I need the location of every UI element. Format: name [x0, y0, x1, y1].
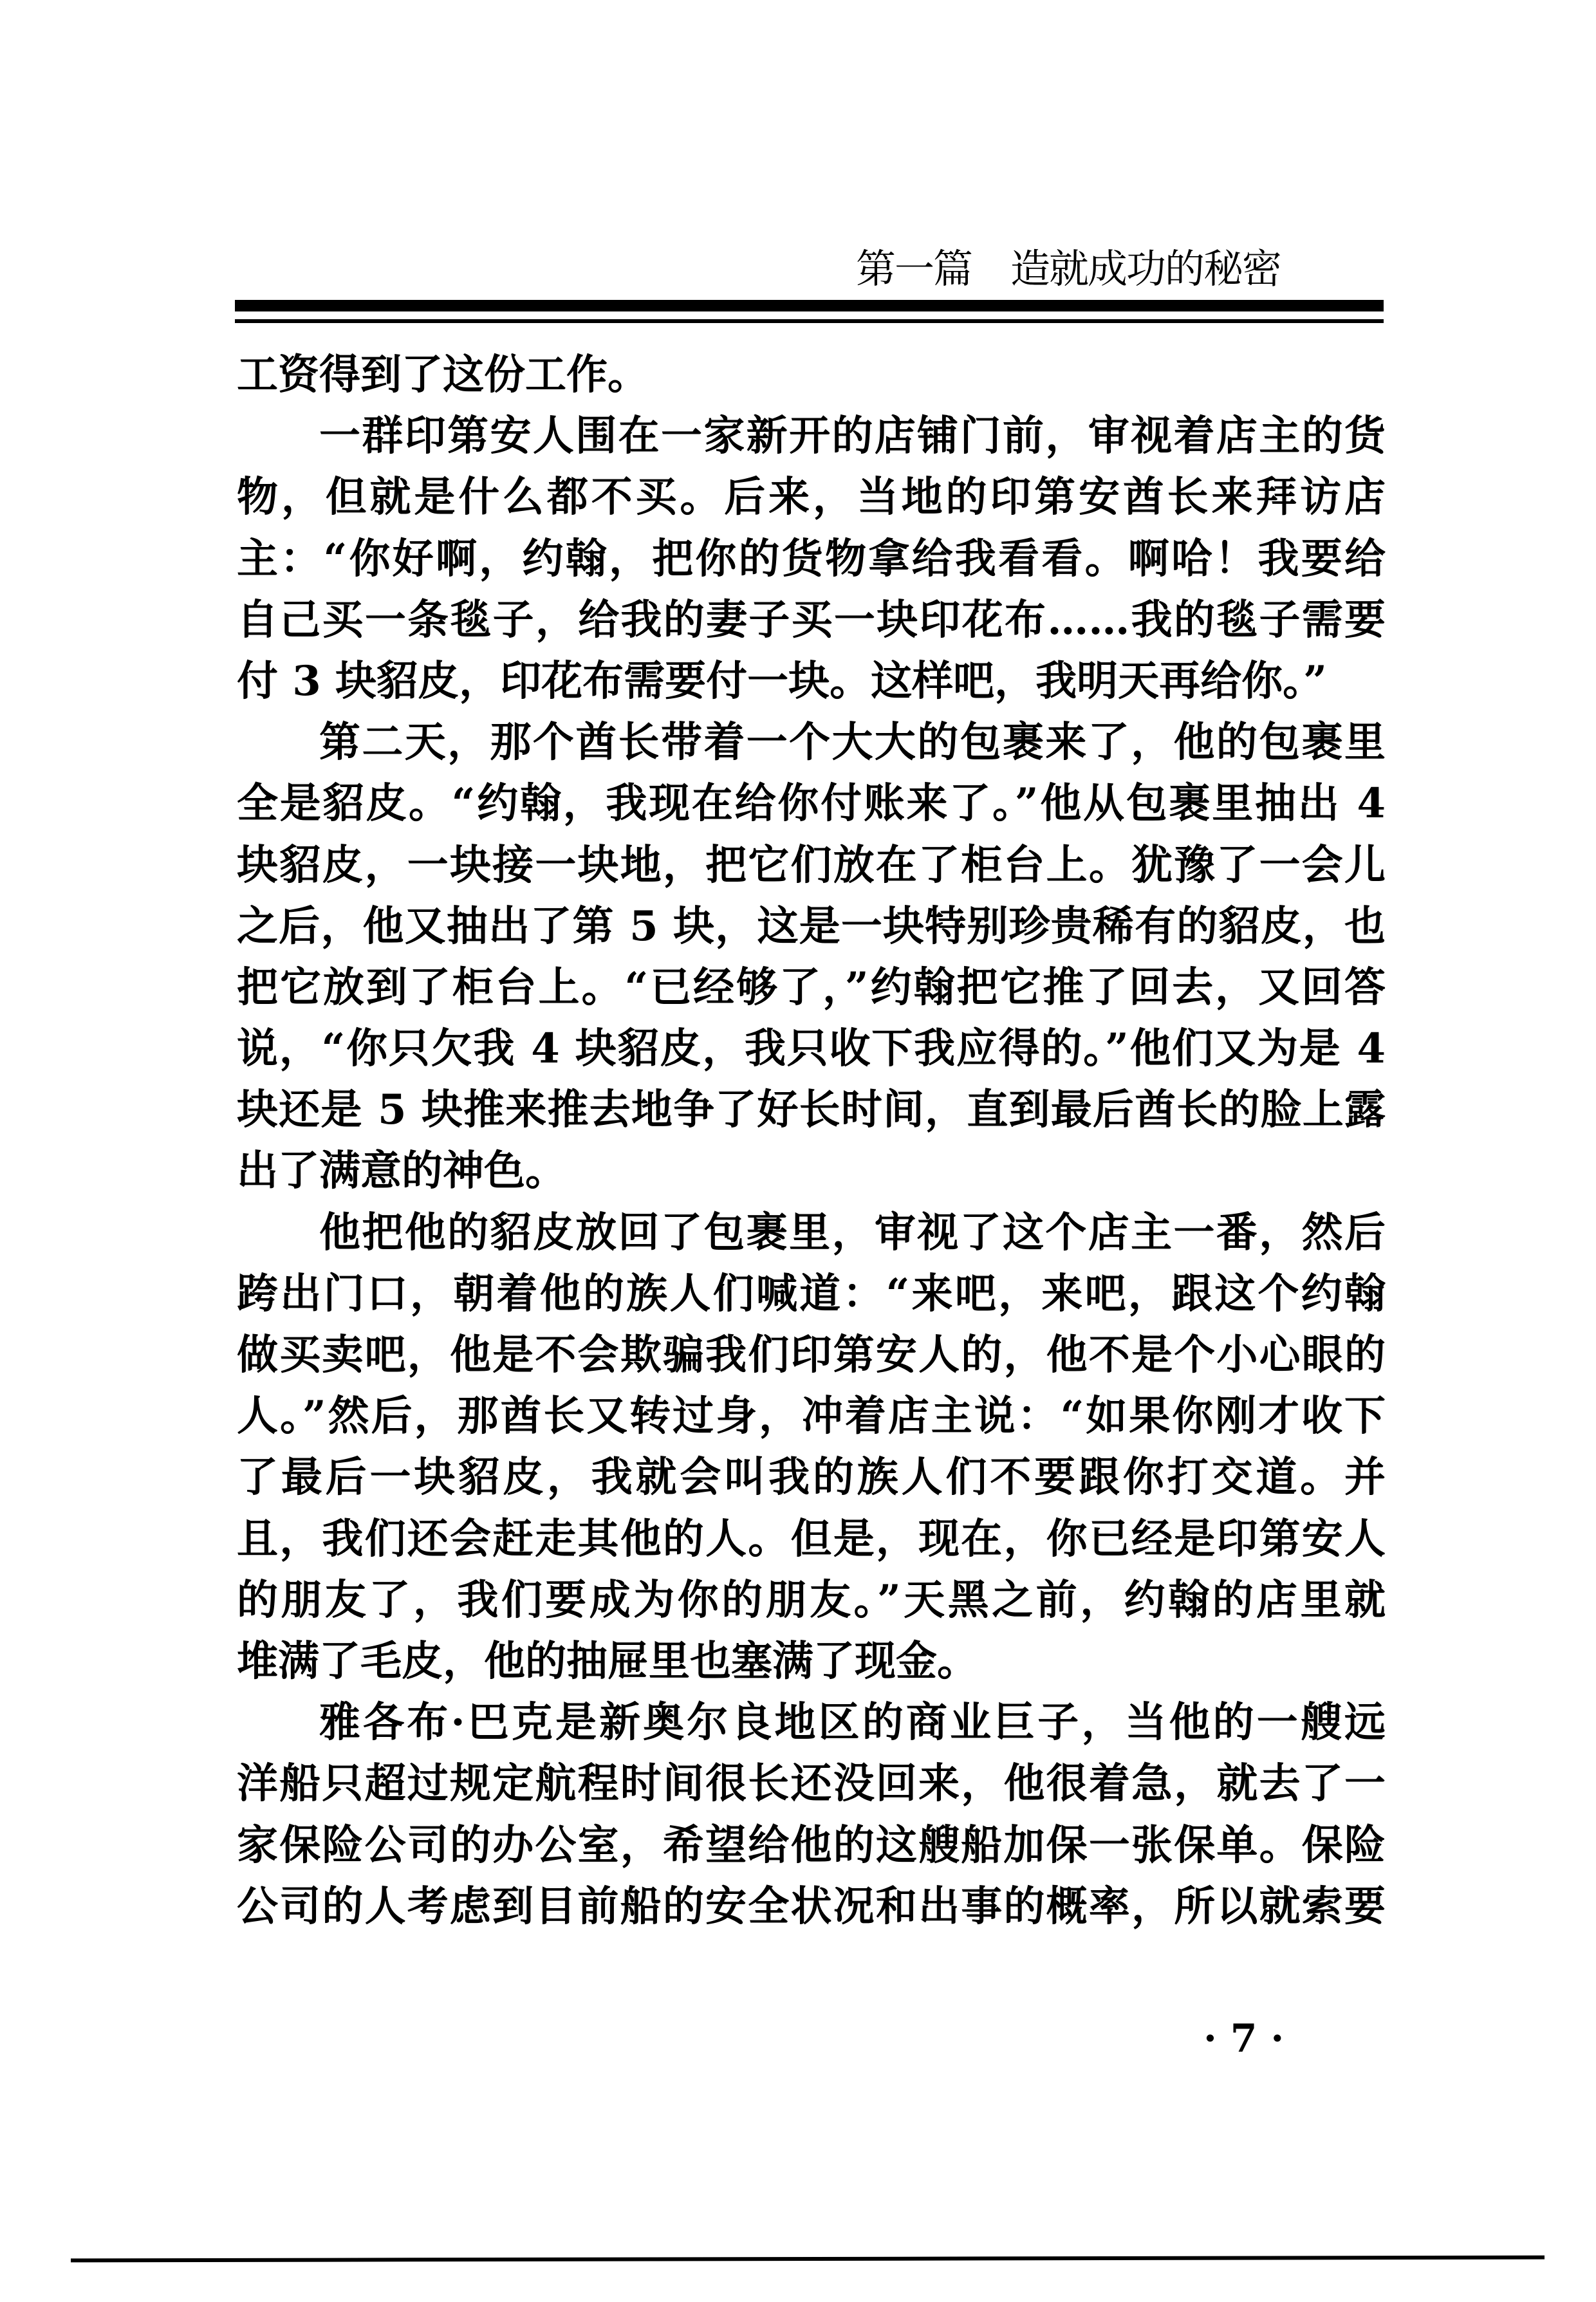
text-line: 公司的人考虑到目前船的安全状况和出事的概率，所以就索要: [237, 1876, 1386, 1937]
header-rule-thin: [235, 319, 1384, 323]
text-line: 堆满了毛皮，他的抽屉里也塞满了现金。: [237, 1631, 1386, 1692]
text-line: 做买卖吧，他是不会欺骗我们印第安人的，他不是个小心眼的: [237, 1324, 1386, 1386]
text-line: 雅各布·巴克是新奥尔良地区的商业巨子，当他的一艘远: [237, 1692, 1386, 1753]
header-rule-thick: [235, 300, 1384, 311]
text-line: 自己买一条毯子，给我的妻子买一块印花布……我的毯子需要: [237, 589, 1386, 651]
footer-rule: [71, 2256, 1545, 2263]
running-head-title: 第一篇 造就成功的秘密: [856, 243, 1281, 295]
text-line: 洋船只超过规定航程时间很长还没回来，他很着急，就去了一: [237, 1753, 1386, 1814]
text-line: 第二天，那个酋长带着一个大大的包裹来了，他的包裹里: [237, 712, 1386, 773]
text-line: 主：“你好啊，约翰，把你的货物拿给我看看。啊哈！我要给: [237, 528, 1386, 589]
text-line: 了最后一块貂皮，我就会叫我的族人们不要跟你打交道。并: [237, 1447, 1386, 1508]
text-line: 块还是 5 块推来推去地争了好长时间，直到最后酋长的脸上露: [237, 1079, 1386, 1140]
text-line: 之后，他又抽出了第 5 块，这是一块特别珍贵稀有的貂皮，也: [237, 896, 1386, 957]
text-line: 跨出门口，朝着他的族人们喊道：“来吧，来吧，跟这个约翰: [237, 1263, 1386, 1324]
text-line: 全是貂皮。“约翰，我现在给你付账来了。”他从包裹里抽出 4: [237, 773, 1386, 834]
text-line: 工资得到了这份工作。: [237, 344, 1386, 405]
text-line: 把它放到了柜台上。“已经够了，”约翰把它推了回去，又回答: [237, 957, 1386, 1018]
text-line: 块貂皮，一块接一块地，把它们放在了柜台上。犹豫了一会儿: [237, 835, 1386, 896]
text-line: 付 3 块貂皮，印花布需要付一块。这样吧，我明天再给你。”: [237, 651, 1386, 712]
text-line: 的朋友了，我们要成为你的朋友。”天黑之前，约翰的店里就: [237, 1570, 1386, 1631]
page-number: · 7 ·: [1203, 2013, 1284, 2065]
text-line: 他把他的貂皮放回了包裹里，审视了这个店主一番，然后: [237, 1202, 1386, 1263]
text-line: 物，但就是什么都不买。后来，当地的印第安酋长来拜访店: [237, 467, 1386, 528]
text-line: 人。”然后，那酋长又转过身，冲着店主说：“如果你刚才收下: [237, 1386, 1386, 1447]
text-line: 一群印第安人围在一家新开的店铺门前，审视着店主的货: [237, 405, 1386, 467]
body-text: 工资得到了这份工作。 一群印第安人围在一家新开的店铺门前，审视着店主的货 物，但…: [237, 344, 1386, 1937]
text-line: 且，我们还会赶走其他的人。但是，现在，你已经是印第安人: [237, 1508, 1386, 1570]
text-line: 家保险公司的办公室，希望给他的这艘船加保一张保单。保险: [237, 1815, 1386, 1876]
text-line: 出了满意的神色。: [237, 1140, 1386, 1202]
text-line: 说，“你只欠我 4 块貂皮，我只收下我应得的。”他们又为是 4: [237, 1018, 1386, 1079]
